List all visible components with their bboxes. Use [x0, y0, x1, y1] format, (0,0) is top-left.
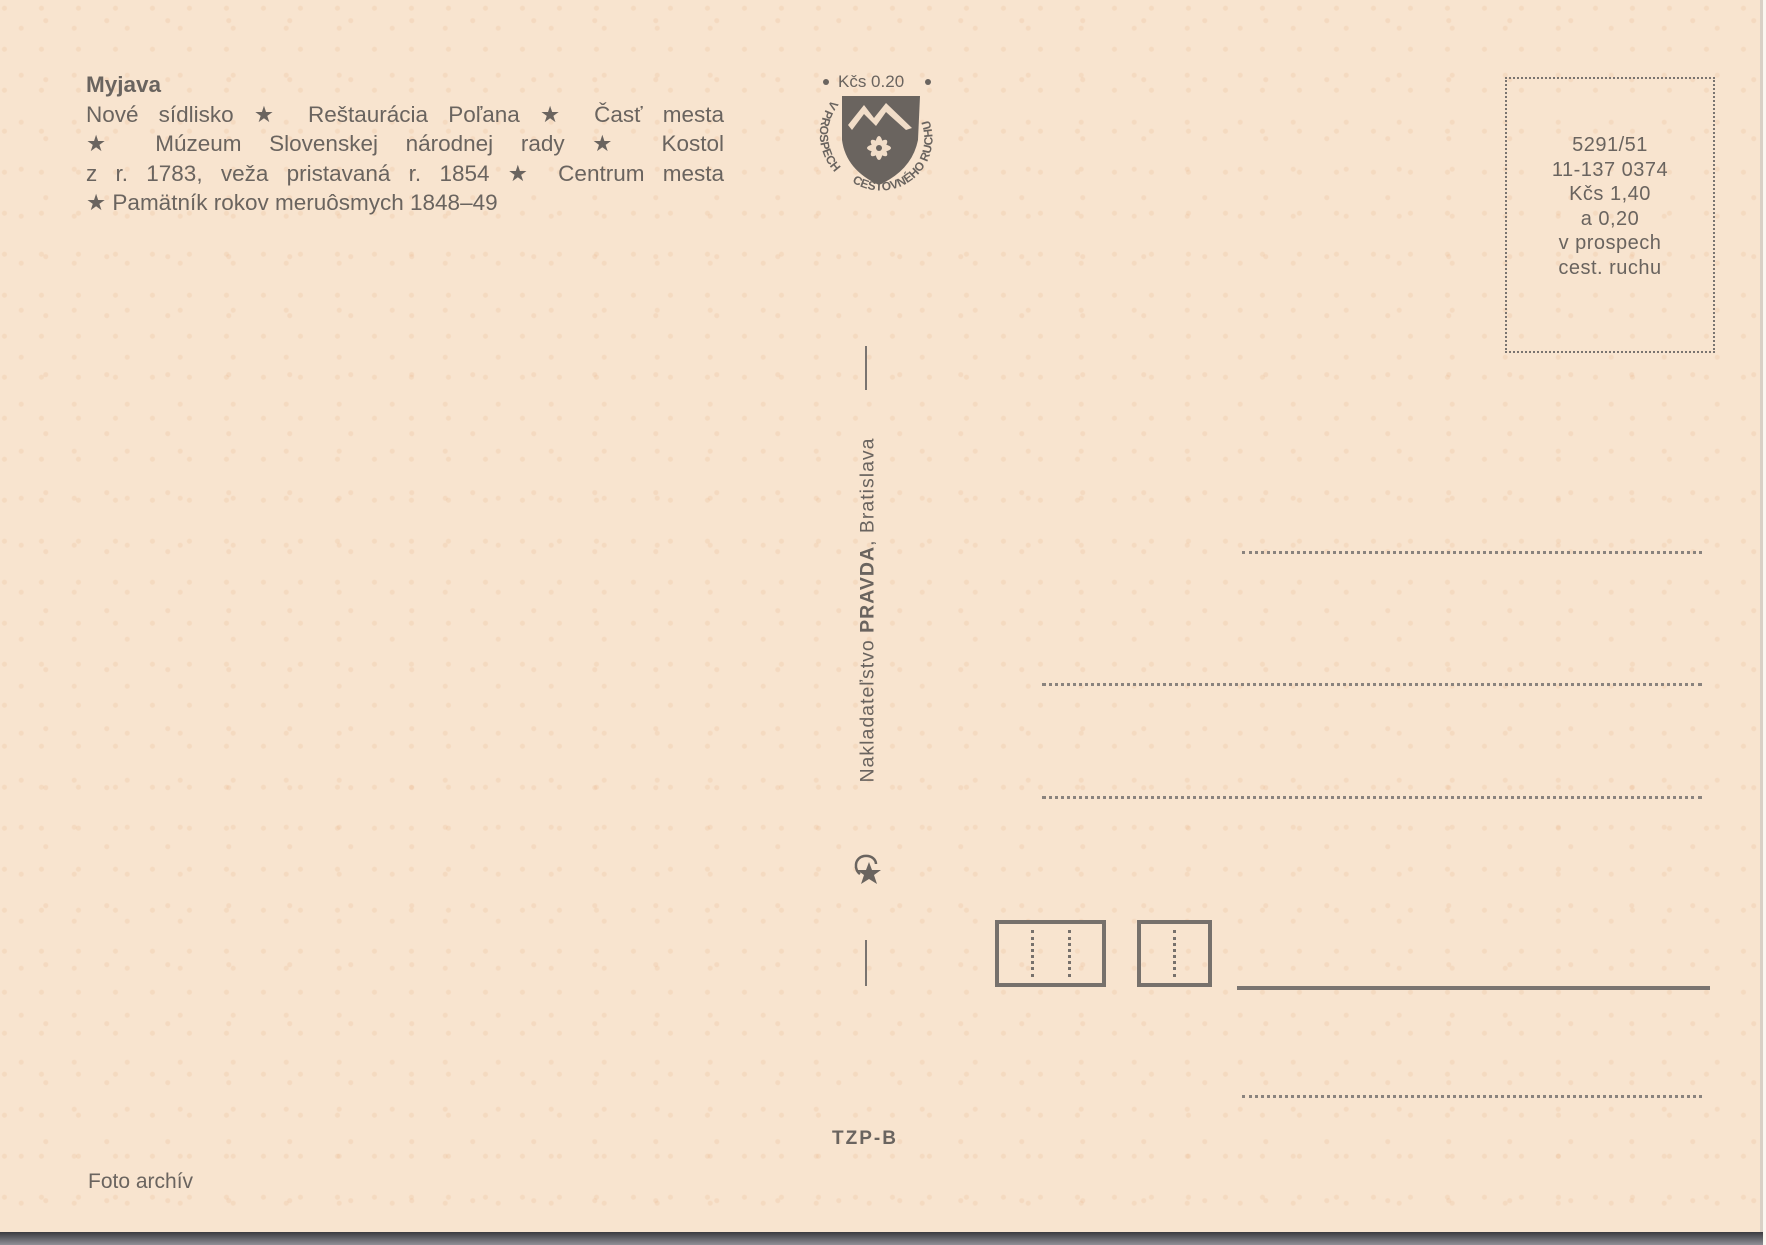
- address-line: [1242, 1095, 1702, 1098]
- divider-top: [865, 346, 867, 390]
- postal-code-divider: [1031, 930, 1034, 977]
- publisher-name: PRAVDA: [857, 546, 879, 633]
- stamp-area: 5291/51 11-137 0374 Kčs 1,40 a 0,20 v pr…: [1505, 77, 1715, 353]
- address-town-line: [1237, 986, 1710, 990]
- address-line: [1042, 796, 1702, 799]
- mountain-edelweiss-shield-icon: Kčs 0.20 V PROSPECH CESTOVNÉHO RUCHU: [812, 70, 942, 200]
- stamp-line: a 0,20: [1507, 207, 1713, 232]
- photo-credit: Foto archív: [88, 1170, 193, 1194]
- description-line: ★ Múzeum Slovenskej národnej rady ★ Kost…: [86, 129, 724, 159]
- postcard-back: Myjava Nové sídlisko ★ Reštaurácia Poľan…: [0, 0, 1763, 1232]
- series-code: TZP-B: [832, 1128, 898, 1150]
- postal-code-box: [1137, 920, 1212, 987]
- publisher-star-logo-icon: [852, 852, 886, 888]
- publisher-imprint: Nakladateľstvo PRAVDA, Bratislava: [857, 437, 880, 782]
- address-line: [1242, 551, 1702, 554]
- stamp-line: 11-137 0374: [1507, 158, 1713, 183]
- postcard-description: Myjava Nové sídlisko ★ Reštaurácia Poľan…: [86, 70, 724, 218]
- description-line: Nové sídlisko ★ Reštaurácia Poľana ★ Čas…: [86, 100, 724, 130]
- svg-text:V PROSPECH: V PROSPECH: [817, 98, 844, 174]
- location-title: Myjava: [86, 70, 724, 100]
- description-line: z r. 1783, veža pristavaná r. 1854 ★ Cen…: [86, 159, 724, 189]
- postal-code-divider: [1173, 930, 1176, 977]
- stamp-line: v prospech: [1507, 231, 1713, 256]
- stamp-line: 5291/51: [1507, 133, 1713, 158]
- stamp-line: cest. ruchu: [1507, 256, 1713, 281]
- postal-code-box: [995, 920, 1106, 987]
- svg-text:Kčs 0.20: Kčs 0.20: [838, 72, 904, 91]
- publisher-prefix: Nakladateľstvo: [857, 639, 879, 782]
- publisher-city: , Bratislava: [857, 437, 879, 545]
- divider-bottom: [865, 940, 867, 986]
- address-line: [1042, 683, 1702, 686]
- stamp-line: Kčs 1,40: [1507, 182, 1713, 207]
- description-line: ★ Pamätník rokov meruôsmych 1848–49: [86, 188, 724, 218]
- postal-code-divider: [1068, 930, 1071, 977]
- stamp-price-info: 5291/51 11-137 0374 Kčs 1,40 a 0,20 v pr…: [1507, 133, 1713, 280]
